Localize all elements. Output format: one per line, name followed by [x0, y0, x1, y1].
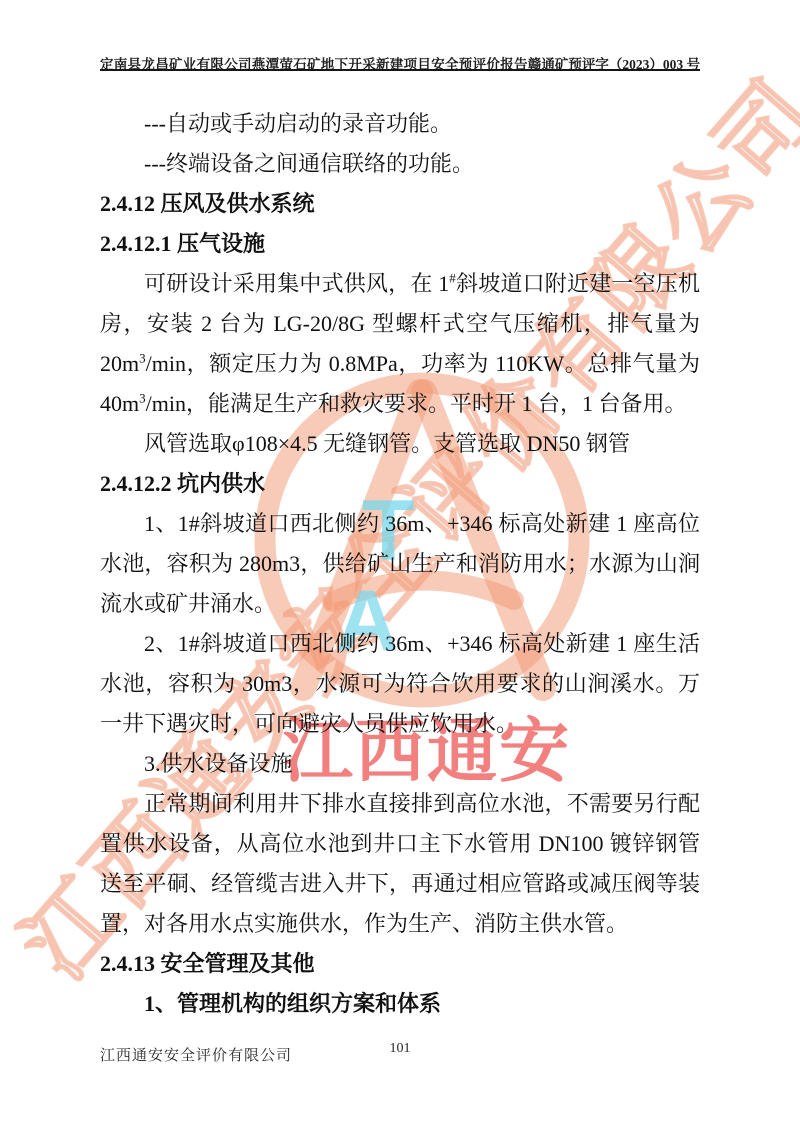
page-number: 101 [0, 1041, 800, 1057]
section-heading: 2.4.12.1 压气设施 [100, 224, 700, 264]
header-rule [100, 69, 700, 71]
section-heading: 2.4.12.2 坑内供水 [100, 464, 700, 504]
paragraph: ---终端设备之间通信联络的功能。 [100, 144, 700, 184]
section-heading: 1、管理机构的组织方案和体系 [100, 984, 700, 1024]
paragraph: 2、1#斜坡道口西北侧约 36m、+346 标高处新建 1 座生活水池，容积为 … [100, 624, 700, 744]
paragraph: 可研设计采用集中式供风，在 1#斜坡道口附近建一空压机房，安装 2 台为 LG-… [100, 264, 700, 424]
section-heading: 2.4.12 压风及供水系统 [100, 184, 700, 224]
paragraph: 风管选取φ108×4.5 无缝钢管。支管选取 DN50 钢管 [100, 424, 700, 464]
section-heading: 2.4.13 安全管理及其他 [100, 944, 700, 984]
paragraph: ---自动或手动启动的录音功能。 [100, 104, 700, 144]
document-body: ---自动或手动启动的录音功能。---终端设备之间通信联络的功能。2.4.12 … [100, 104, 700, 1024]
paragraph: 正常期间利用井下排水直接排到高位水池，不需要另行配置供水设备，从高位水池到井口主… [100, 784, 700, 944]
paragraph: 1、1#斜坡道口西北侧约 36m、+346 标高处新建 1 座高位水池，容积为 … [100, 504, 700, 624]
document-page: 定南县龙昌矿业有限公司燕潭萤石矿地下开采新建项目安全预评价报告 赣通矿预评字（2… [0, 0, 800, 1131]
paragraph: 3.供水设备设施 [100, 744, 700, 784]
